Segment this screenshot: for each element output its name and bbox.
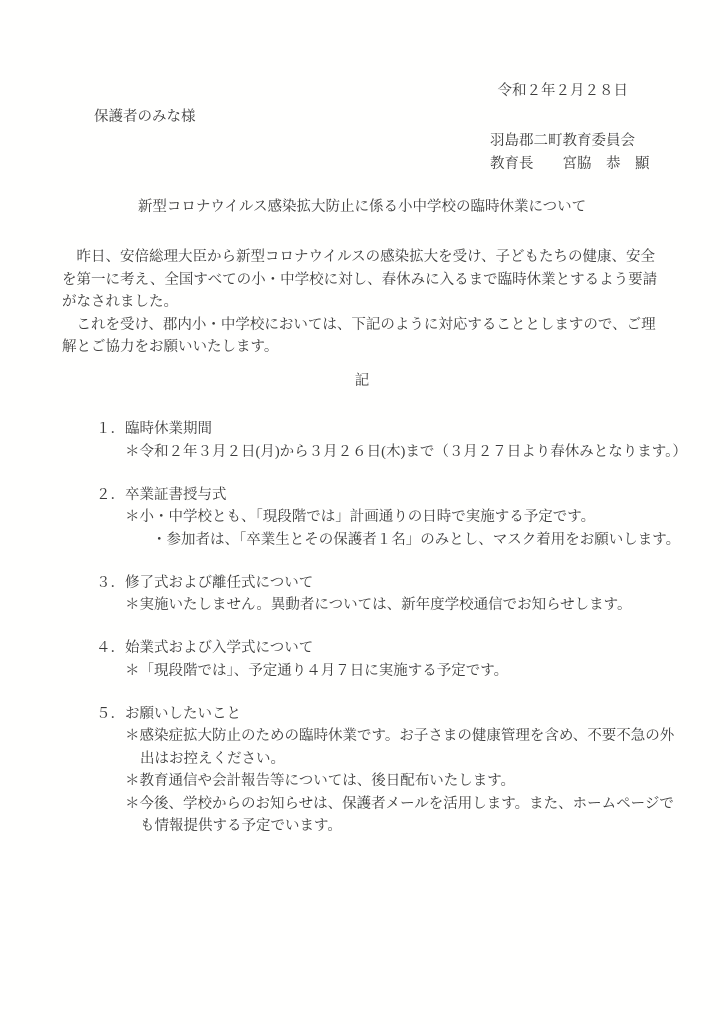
body-line: 解とご協力をお願いいたします。 bbox=[62, 336, 662, 359]
body-line: を第一に考え、全国すべての小・中学校に対し、春休みに入るまで臨時休業とするよう要… bbox=[62, 269, 662, 292]
body-line: 昨日、安倍総理大臣から新型コロナウイルスの感染拡大を受け、子どもたちの健康、安全 bbox=[62, 246, 662, 269]
document-date: 令和２年２月２８日 bbox=[498, 80, 629, 103]
list-item: ４．始業式および入学式について ＊「現段階では」、予定通り４月７日に実施する予定… bbox=[96, 637, 686, 682]
list-item: １．臨時休業期間 ＊令和２年３月２日(月)から３月２６日(木)まで（３月２７日よ… bbox=[96, 418, 686, 463]
item-detail: ＊令和２年３月２日(月)から３月２６日(木)まで（３月２７日より春休みとなります… bbox=[125, 441, 686, 464]
list-item: ５．お願いしたいこと ＊感染症拡大防止のための臨時休業です。お子さまの健康管理を… bbox=[96, 703, 686, 838]
body-paragraphs: 昨日、安倍総理大臣から新型コロナウイルスの感染拡大を受け、子どもたちの健康、安全… bbox=[62, 246, 662, 359]
item-detail: ＊感染症拡大防止のための臨時休業です。お子さまの健康管理を含め、不要不急の外 bbox=[125, 725, 686, 748]
document-title: 新型コロナウイルス感染拡大防止に係る小中学校の臨時休業について bbox=[0, 196, 724, 219]
item-detail: ＊「現段階では」、予定通り４月７日に実施する予定です。 bbox=[125, 660, 686, 683]
notation-items: １．臨時休業期間 ＊令和２年３月２日(月)から３月２６日(木)まで（３月２７日よ… bbox=[96, 418, 686, 838]
sender-organization: 羽島郡二町教育委員会 bbox=[490, 130, 650, 153]
item-detail-continuation: も情報提供する予定でいます。 bbox=[140, 815, 686, 838]
sender-person: 教育長 宮脇 恭 顯 bbox=[490, 153, 650, 176]
item-detail: ＊今後、学校からのお知らせは、保護者メールを活用します。また、ホームページで bbox=[125, 793, 686, 816]
document-page: 令和２年２月２８日 保護者のみな様 羽島郡二町教育委員会 教育長 宮脇 恭 顯 … bbox=[0, 0, 724, 1024]
item-heading: ３．修了式および離任式について bbox=[96, 572, 686, 595]
list-item: ２．卒業証書授与式 ＊小・中学校とも、「現段階では」計画通りの日時で実施する予定… bbox=[96, 484, 686, 552]
item-heading: ２．卒業証書授与式 bbox=[96, 484, 686, 507]
item-detail: ＊教育通信や会計報告等については、後日配布いたします。 bbox=[125, 770, 686, 793]
item-heading: ５．お願いしたいこと bbox=[96, 703, 686, 726]
item-detail: ＊小・中学校とも、「現段階では」計画通りの日時で実施する予定です。 bbox=[125, 506, 686, 529]
notation-marker: 記 bbox=[0, 370, 724, 393]
item-detail-continuation: 出はお控えください。 bbox=[140, 748, 686, 771]
recipient-line: 保護者のみな様 bbox=[94, 106, 196, 129]
item-detail: ＊実施いたしません。異動者については、新年度学校通信でお知らせします。 bbox=[125, 594, 686, 617]
item-heading: ４．始業式および入学式について bbox=[96, 637, 686, 660]
body-line: がなされました。 bbox=[62, 291, 662, 314]
item-detail-sub: ・参加者は、「卒業生とその保護者１名」のみとし、マスク着用をお願いします。 bbox=[152, 529, 686, 552]
item-heading: １．臨時休業期間 bbox=[96, 418, 686, 441]
body-line: これを受け、郡内小・中学校においては、下記のように対応することとしますので、ご理 bbox=[62, 314, 662, 337]
list-item: ３．修了式および離任式について ＊実施いたしません。異動者については、新年度学校… bbox=[96, 572, 686, 617]
sender-block: 羽島郡二町教育委員会 教育長 宮脇 恭 顯 bbox=[490, 130, 650, 176]
